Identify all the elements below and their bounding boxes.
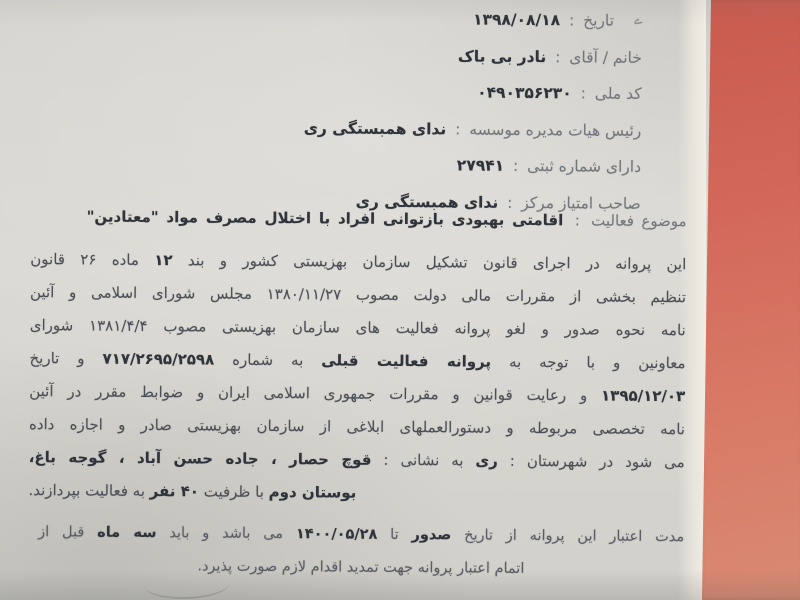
body-line-7: می شود در شهرستان : ری به نشانی : قوچ حص… — [29, 441, 685, 479]
text-segment-bold: ۱۳۹۵/۱۲/۰۳ — [601, 387, 685, 406]
body-line-1: این پروانه در اجرای قانون تشکیل سازمان ب… — [30, 243, 686, 281]
text-segment: قبل از — [38, 524, 97, 540]
text-segment: می باشد و باید — [156, 525, 296, 542]
text-segment: این پروانه در اجرای قانون تشکیل سازمان ب… — [173, 251, 687, 273]
field-applicant-name: خانم / آقای : نادر بی باک — [304, 37, 642, 76]
field-value: ۰۴۹۰۳۵۶۲۳۰ — [477, 84, 572, 103]
text-segment: و تاریخ — [29, 349, 102, 368]
field-label: رئیس هیات مدیره موسسه — [469, 120, 641, 139]
text-segment-bold: ۴۰ نفر — [150, 482, 199, 500]
field-separator: : — [564, 11, 579, 29]
field-registration-number: دارای شماره ثبتی : ۲۷۹۴۱ — [303, 146, 641, 185]
field-value: نادر بی باک — [458, 47, 546, 66]
body-line-2: تنظیم بخشی از مقررات مالی دولت مصوب ۱۳۸۰… — [30, 276, 686, 314]
text-segment: به نشانی : — [371, 451, 475, 470]
validity-paragraph: مدت اعتبار این پروانه از تاریخ صدور تا ۱… — [38, 516, 684, 587]
field-separator: : — [450, 120, 465, 138]
field-value: ۱۳۹۸/۰۸/۱۸ — [473, 11, 560, 30]
field-label: دارای شماره ثبتی — [527, 157, 641, 176]
text-segment-bold: صدور — [411, 527, 451, 543]
text-segment: معاونین و با توجه به — [491, 353, 686, 373]
text-segment-bold: ۱۴۰۰/۰۵/۲۸ — [296, 526, 378, 543]
field-board-chairman: رئیس هیات مدیره موسسه : ندای همبستگی ری — [304, 110, 642, 149]
text-segment-bold: بوستان دوم — [269, 483, 357, 502]
text-segment: با ظرفیت — [199, 482, 269, 501]
field-separator: : — [567, 211, 587, 229]
body-line-5: ۱۳۹۵/۱۲/۰۳ و رعایت قوانین و مقررات جمهور… — [29, 375, 685, 413]
text-segment: تنظیم بخشی از مقررات مالی دولت مصوب ۱۳۸۰… — [30, 283, 686, 306]
handwritten-mark: ے — [630, 1, 645, 38]
body-line-6: نامه تخصصی مربوطه و دستورالعملهای ابلاغی… — [29, 408, 685, 446]
field-value: ۲۷۹۴۱ — [457, 156, 504, 174]
text-segment-bold: قوچ حصار ، جاده حسن آباد ، گوجه باغ، — [29, 448, 372, 469]
text-segment: ماده ۲۶ قانون — [30, 250, 154, 269]
activity-subject-value: اقامتی بهبودی بازتوانی افراد با اختلال م… — [87, 208, 564, 230]
field-separator: : — [508, 157, 523, 175]
field-separator: : — [576, 84, 591, 102]
text-segment: اتمام اعتبار پروانه جهت تمدید اقدام لازم… — [197, 558, 524, 577]
text-segment: تا — [377, 527, 411, 543]
license-body-paragraph: این پروانه در اجرای قانون تشکیل سازمان ب… — [28, 243, 686, 512]
validity-line-1: مدت اعتبار این پروانه از تاریخ صدور تا ۱… — [38, 516, 684, 554]
body-line-4: معاونین و با توجه به پروانه فعالیت قبلی … — [29, 342, 685, 380]
field-value: ندای همبستگی ری — [304, 119, 447, 138]
field-label: خانم / آقای — [569, 48, 642, 67]
text-segment: و رعایت قوانین و مقررات جمهوری اسلامی ای… — [29, 382, 601, 404]
text-segment: نامه تخصصی مربوطه و دستورالعملهای ابلاغی… — [29, 415, 685, 438]
activity-subject-line: موضوع فعالیت : اقامتی بهبودی بازتوانی اف… — [87, 205, 687, 234]
validity-line-2: اتمام اعتبار پروانه جهت تمدید اقدام لازم… — [38, 549, 684, 587]
activity-subject-label: موضوع فعالیت — [591, 211, 687, 230]
field-date: ےتاریخ : ۱۳۹۸/۰۸/۱۸ — [304, 0, 642, 39]
text-segment-bold: ۷۱۷/۲۶۹۵/۲۵۹۸ — [102, 350, 214, 369]
document-photo: ےتاریخ : ۱۳۹۸/۰۸/۱۸خانم / آقای : نادر بی… — [0, 0, 800, 600]
text-segment: نامه نحوه صدور و لغو پروانه فعالیت های س… — [30, 316, 686, 339]
text-segment: به شماره — [214, 351, 321, 370]
text-segment-bold: ۱۲ — [154, 251, 172, 269]
text-segment-bold: ری — [475, 452, 498, 470]
text-segment-bold: پروانه فعالیت قبلی — [321, 351, 491, 370]
text-segment: می شود در شهرستان : — [498, 452, 685, 471]
body-line-3: نامه نحوه صدور و لغو پروانه فعالیت های س… — [30, 309, 686, 347]
field-label: تاریخ — [583, 11, 614, 29]
text-segment: مدت اعتبار این پروانه از تاریخ — [451, 527, 684, 545]
field-label: کد ملی — [595, 85, 642, 103]
header-fields: ےتاریخ : ۱۳۹۸/۰۸/۱۸خانم / آقای : نادر بی… — [303, 0, 642, 222]
field-national-code: کد ملی : ۰۴۹۰۳۵۶۲۳۰ — [304, 73, 642, 112]
body-line-8: بوستان دوم با ظرفیت ۴۰ نفر به فعالیت بپر… — [28, 474, 684, 512]
field-separator: : — [550, 48, 565, 66]
text-segment: به فعالیت بپردازند. — [28, 481, 149, 500]
document-content: ےتاریخ : ۱۳۹۸/۰۸/۱۸خانم / آقای : نادر بی… — [0, 0, 800, 600]
text-segment-bold: سه ماه — [97, 525, 156, 541]
